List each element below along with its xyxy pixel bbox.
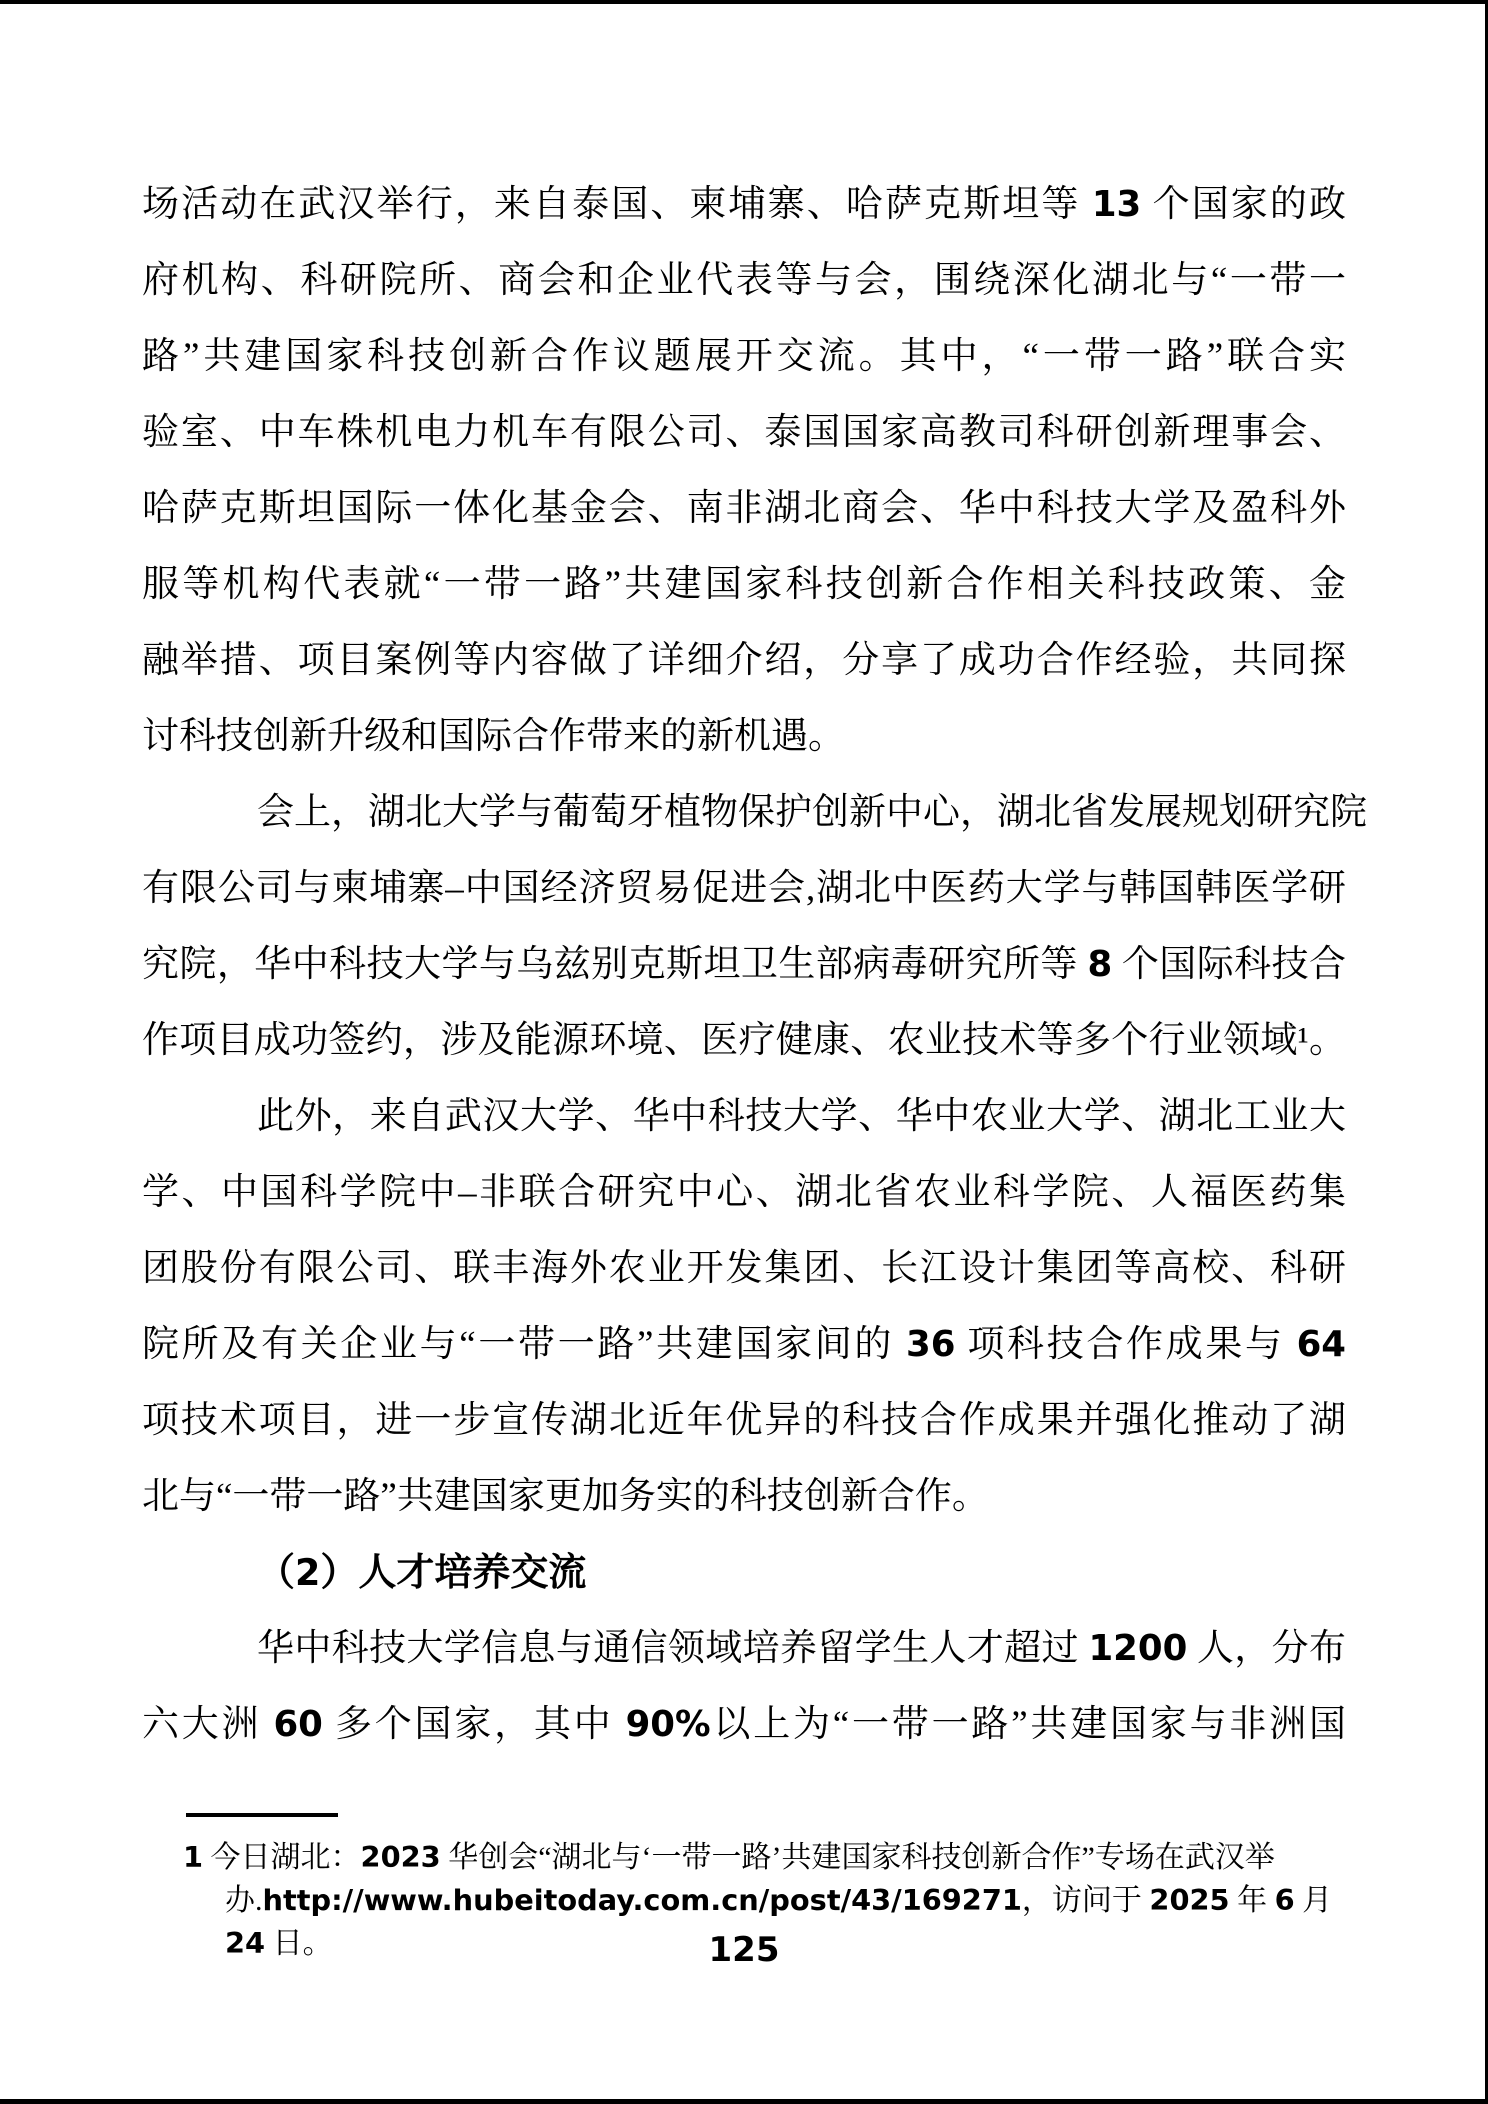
body-line: 融举措、项目案例等内容做了详细介绍，分享了成功合作经验，共同探 [142,623,1346,699]
body-line: 华中科技大学信息与通信领域培养留学生人才超过 1200 人，分布 [142,1611,1346,1687]
footnote-line: 1 今日湖北：2023 华创会“湖北与‘一带一路’共建国家科技创新合作”专场在武… [183,1836,1353,1879]
body-line: 验室、中车株机电力机车有限公司、泰国国家高教司科研创新理事会、 [142,395,1346,471]
section-heading: （2）人才培养交流 [142,1535,1346,1611]
body-line: 服等机构代表就“一带一路”共建国家科技创新合作相关科技政策、金 [142,547,1346,623]
body-line: 会上，湖北大学与葡萄牙植物保护创新中心，湖北省发展规划研究院 [142,775,1346,851]
body-line: 路”共建国家科技创新合作议题展开交流。其中，“一带一路”联合实 [142,319,1346,395]
body-line: 作项目成功签约，涉及能源环境、医疗健康、农业技术等多个行业领域¹。 [142,1003,1346,1079]
body-line: 究院，华中科技大学与乌兹别克斯坦卫生部病毒研究所等 8 个国际科技合 [142,927,1346,1003]
page-border-top [0,0,1488,4]
body-line: 府机构、科研院所、商会和企业代表等与会，围绕深化湖北与“一带一 [142,243,1346,319]
body-line: 六大洲 60 多个国家，其中 90%以上为“一带一路”共建国家与非洲国 [142,1687,1346,1763]
body-line: 此外，来自武汉大学、华中科技大学、华中农业大学、湖北工业大 [142,1079,1346,1155]
body-line: 场活动在武汉举行，来自泰国、柬埔寨、哈萨克斯坦等 13 个国家的政 [142,167,1346,243]
body-text: 场活动在武汉举行，来自泰国、柬埔寨、哈萨克斯坦等 13 个国家的政 府机构、科研… [142,167,1346,1763]
body-line: 项技术项目，进一步宣传湖北近年优异的科技合作成果并强化推动了湖 [142,1383,1346,1459]
body-line: 学、中国科学院中–非联合研究中心、湖北省农业科学院、人福医药集 [142,1155,1346,1231]
body-line: 哈萨克斯坦国际一体化基金会、南非湖北商会、华中科技大学及盈科外 [142,471,1346,547]
body-line: 北与“一带一路”共建国家更加务实的科技创新合作。 [142,1459,1346,1535]
footnote-divider [186,1813,338,1817]
page-number: 125 [0,1930,1488,1970]
document-page: 场活动在武汉举行，来自泰国、柬埔寨、哈萨克斯坦等 13 个国家的政 府机构、科研… [0,0,1488,2104]
body-line: 团股份有限公司、联丰海外农业开发集团、长江设计集团等高校、科研 [142,1231,1346,1307]
body-line: 讨科技创新升级和国际合作带来的新机遇。 [142,699,1346,775]
body-line: 院所及有关企业与“一带一路”共建国家间的 36 项科技合作成果与 64 [142,1307,1346,1383]
body-line: 有限公司与柬埔寨–中国经济贸易促进会,湖北中医药大学与韩国韩医学研 [142,851,1346,927]
page-border-bottom [0,2099,1488,2104]
